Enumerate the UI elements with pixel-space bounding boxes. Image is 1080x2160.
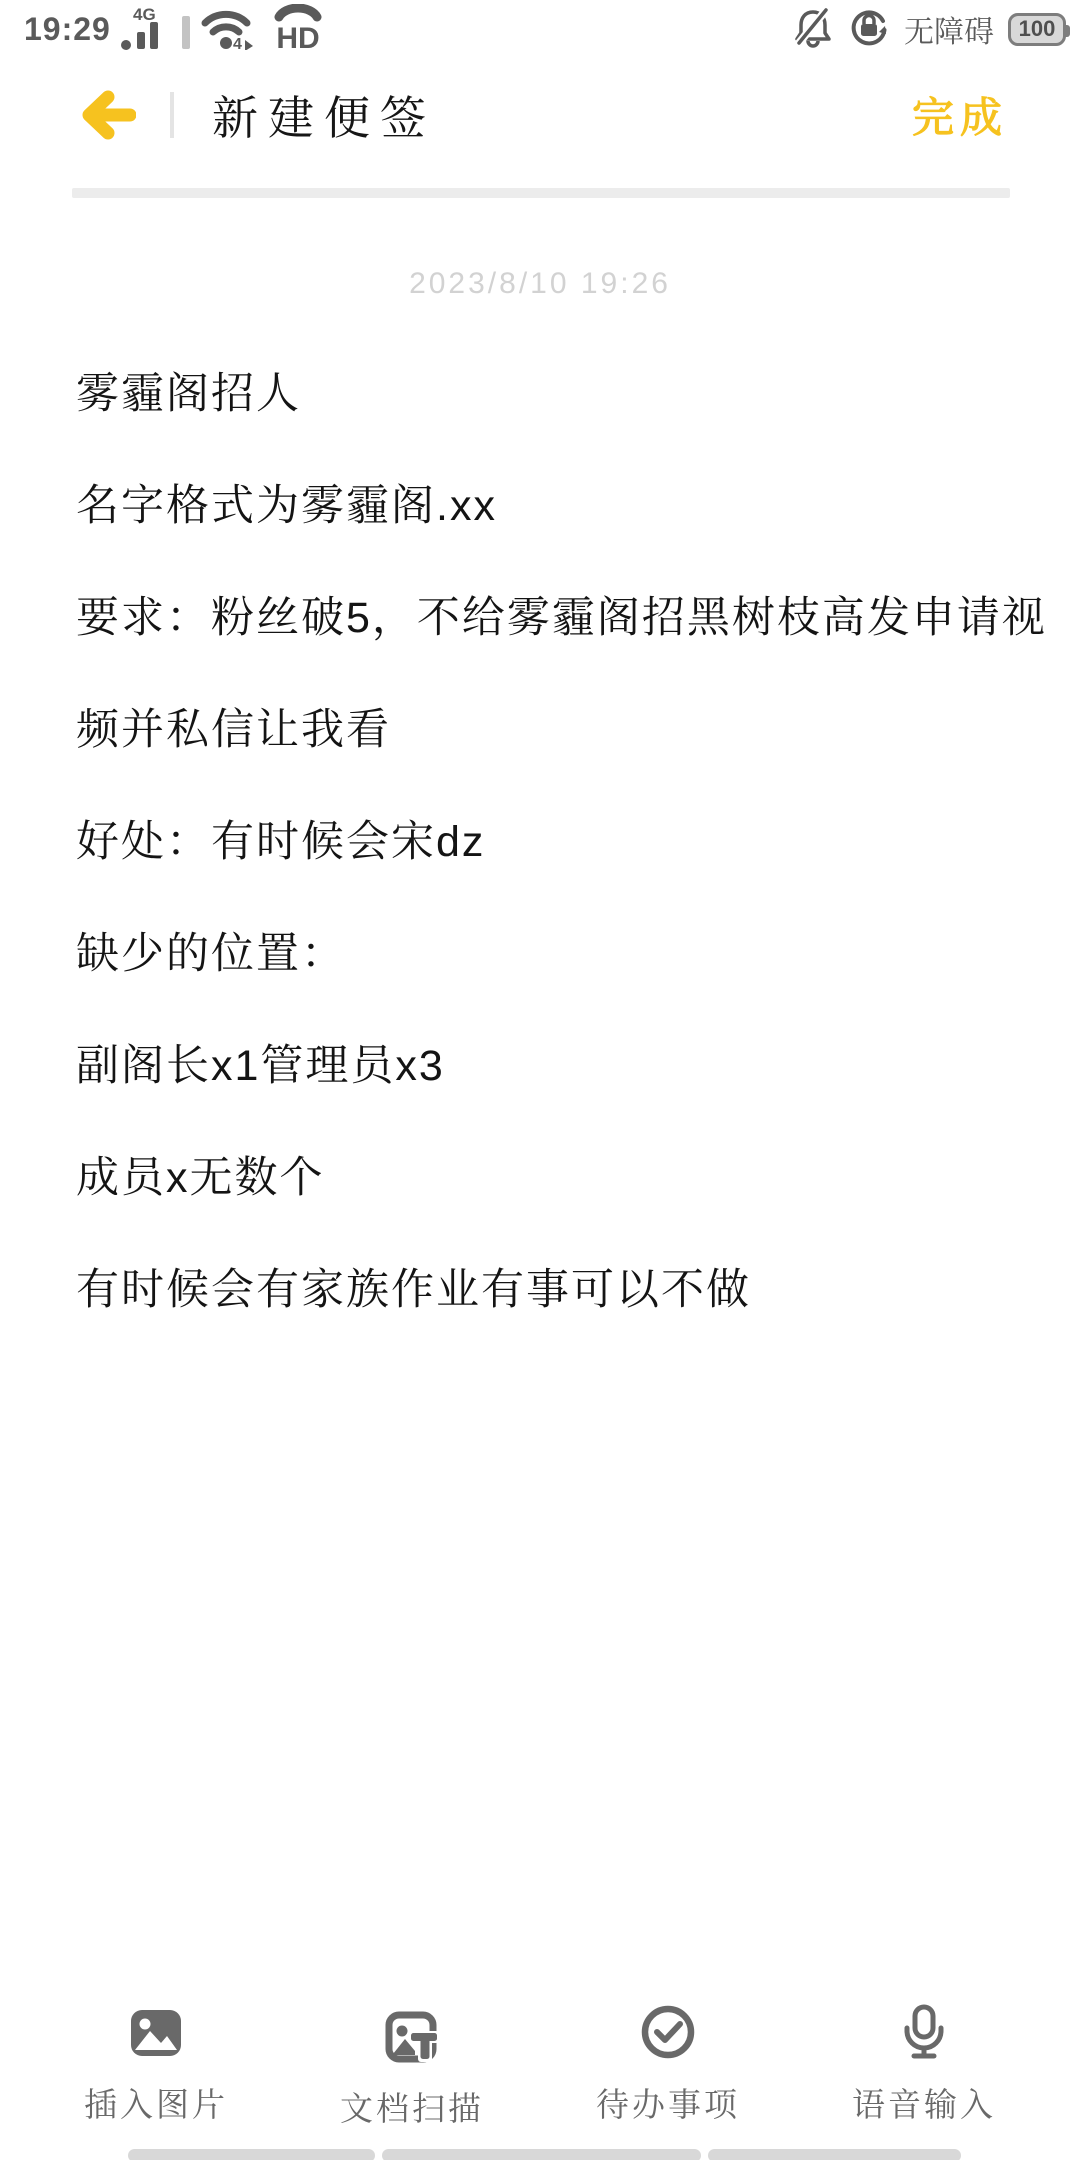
header-divider — [170, 92, 174, 138]
insert-image-button[interactable]: 插入图片 — [28, 2004, 284, 2130]
note-line: 频并私信让我看 — [76, 674, 1024, 786]
back-arrow-icon — [80, 90, 136, 140]
tool-label: 文档扫描 — [340, 2083, 484, 2130]
screen: 19:29 4G 4 — [0, 0, 1080, 2160]
note-line: 名字格式为雾霾阁.xx — [76, 450, 1024, 562]
sim2-signal-icon — [181, 4, 191, 55]
wifi-icon: 4 — [201, 4, 259, 55]
battery-icon: 100 — [1008, 13, 1066, 46]
note-line: 缺少的位置： — [76, 898, 1024, 1010]
voice-input-icon — [896, 2004, 952, 2065]
gesture-bar — [0, 2148, 1080, 2160]
document-scan-icon — [382, 2004, 442, 2069]
accessibility-label: 无障碍 — [904, 7, 994, 51]
todo-items-button[interactable]: 待办事项 — [540, 2004, 796, 2130]
note-line: 好处：有时候会宋dz — [76, 786, 1024, 898]
battery-level: 100 — [1019, 16, 1056, 42]
page-title: 新建便签 — [212, 82, 436, 148]
note-line: 雾霾阁招人 — [76, 338, 1024, 450]
tool-label: 语音输入 — [852, 2079, 996, 2126]
rotation-lock-icon — [848, 6, 890, 53]
tool-label: 插入图片 — [84, 2079, 228, 2126]
hd-volte-icon: HD — [269, 4, 327, 55]
done-button[interactable]: 完成 — [912, 85, 1008, 145]
tool-label: 待办事项 — [596, 2079, 740, 2126]
insert-image-icon — [128, 2004, 184, 2065]
bottom-toolbar: 插入图片 文档扫描 — [0, 2004, 1080, 2130]
svg-text:HD: HD — [276, 22, 319, 50]
svg-text:4: 4 — [233, 36, 242, 50]
status-right-group: 无障碍 100 — [792, 6, 1066, 53]
gesture-segment[interactable] — [382, 2149, 701, 2160]
status-left-group: 19:29 4G 4 — [24, 4, 327, 55]
note-editor[interactable]: 雾霾阁招人 名字格式为雾霾阁.xx 要求：粉丝破5，不给雾霾阁招黑树枝高发申请视… — [0, 338, 1080, 1346]
content-divider — [72, 188, 1010, 198]
note-line: 要求：粉丝破5，不给雾霾阁招黑树枝高发申请视 — [76, 562, 1024, 674]
voice-input-button[interactable]: 语音输入 — [796, 2004, 1052, 2130]
back-button[interactable] — [80, 90, 136, 140]
svg-text:4G: 4G — [133, 5, 156, 24]
muted-bell-icon — [792, 6, 834, 53]
note-timestamp: 2023/8/10 19:26 — [0, 262, 1080, 306]
status-bar: 19:29 4G 4 — [0, 0, 1080, 52]
signal-4g-icon: 4G — [121, 4, 171, 55]
battery-nub — [1065, 25, 1070, 37]
note-line: 有时候会有家族作业有事可以不做 — [76, 1234, 1024, 1346]
gesture-segment[interactable] — [708, 2149, 961, 2160]
todo-check-icon — [640, 2004, 696, 2065]
document-scan-button[interactable]: 文档扫描 — [284, 2004, 540, 2130]
clock: 19:29 — [24, 11, 111, 48]
gesture-segment[interactable] — [128, 2149, 375, 2160]
note-line: 成员x无数个 — [76, 1122, 1024, 1234]
header: 新建便签 完成 — [0, 52, 1080, 164]
note-line: 副阁长x1管理员x3 — [76, 1010, 1024, 1122]
